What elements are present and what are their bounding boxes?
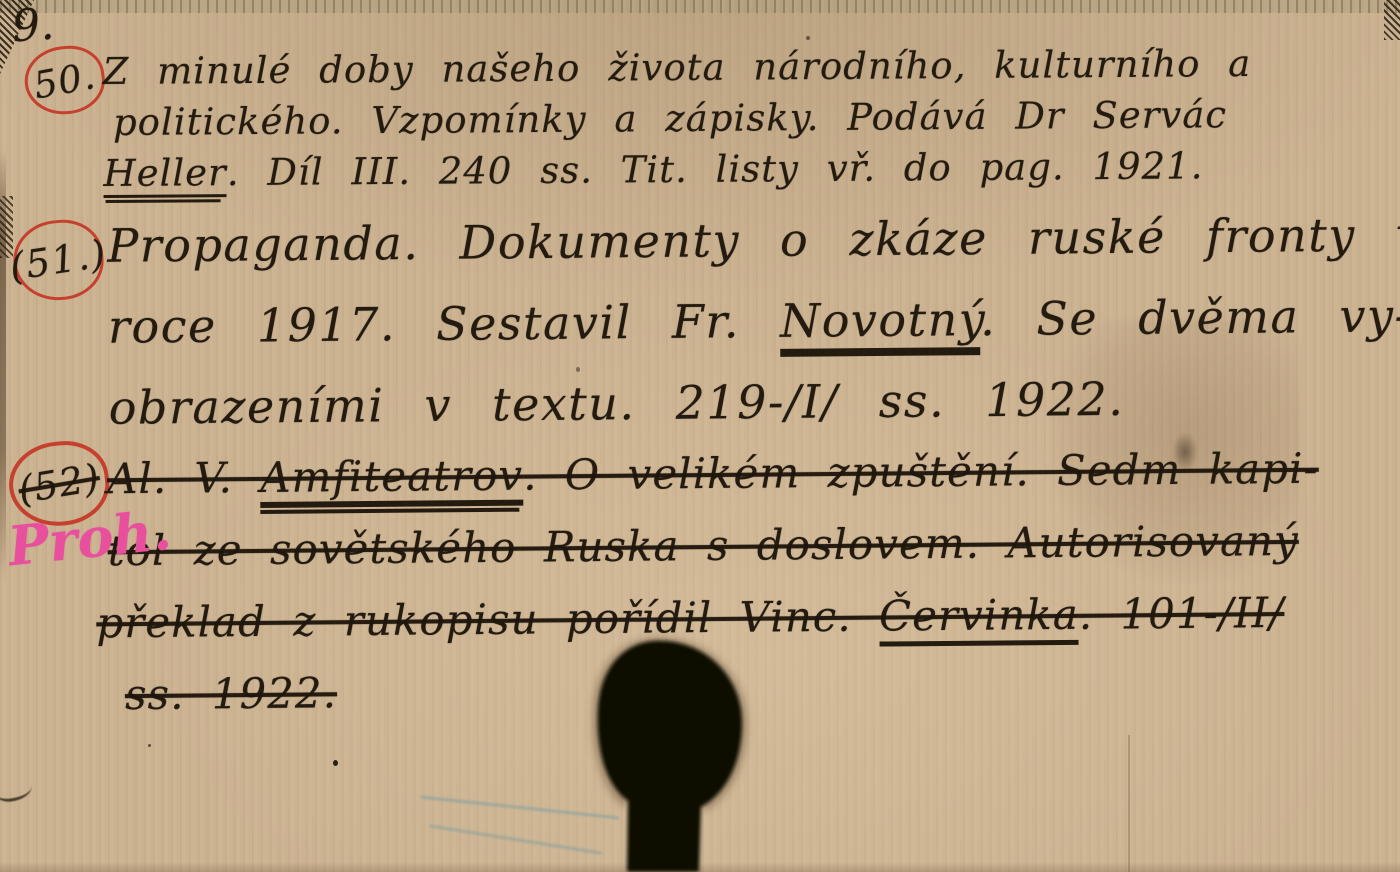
catalog-card-scan: 9. 50. Z minulé doby našeho života národ… — [0, 0, 1400, 872]
hole-punch-mark — [0, 0, 1400, 872]
